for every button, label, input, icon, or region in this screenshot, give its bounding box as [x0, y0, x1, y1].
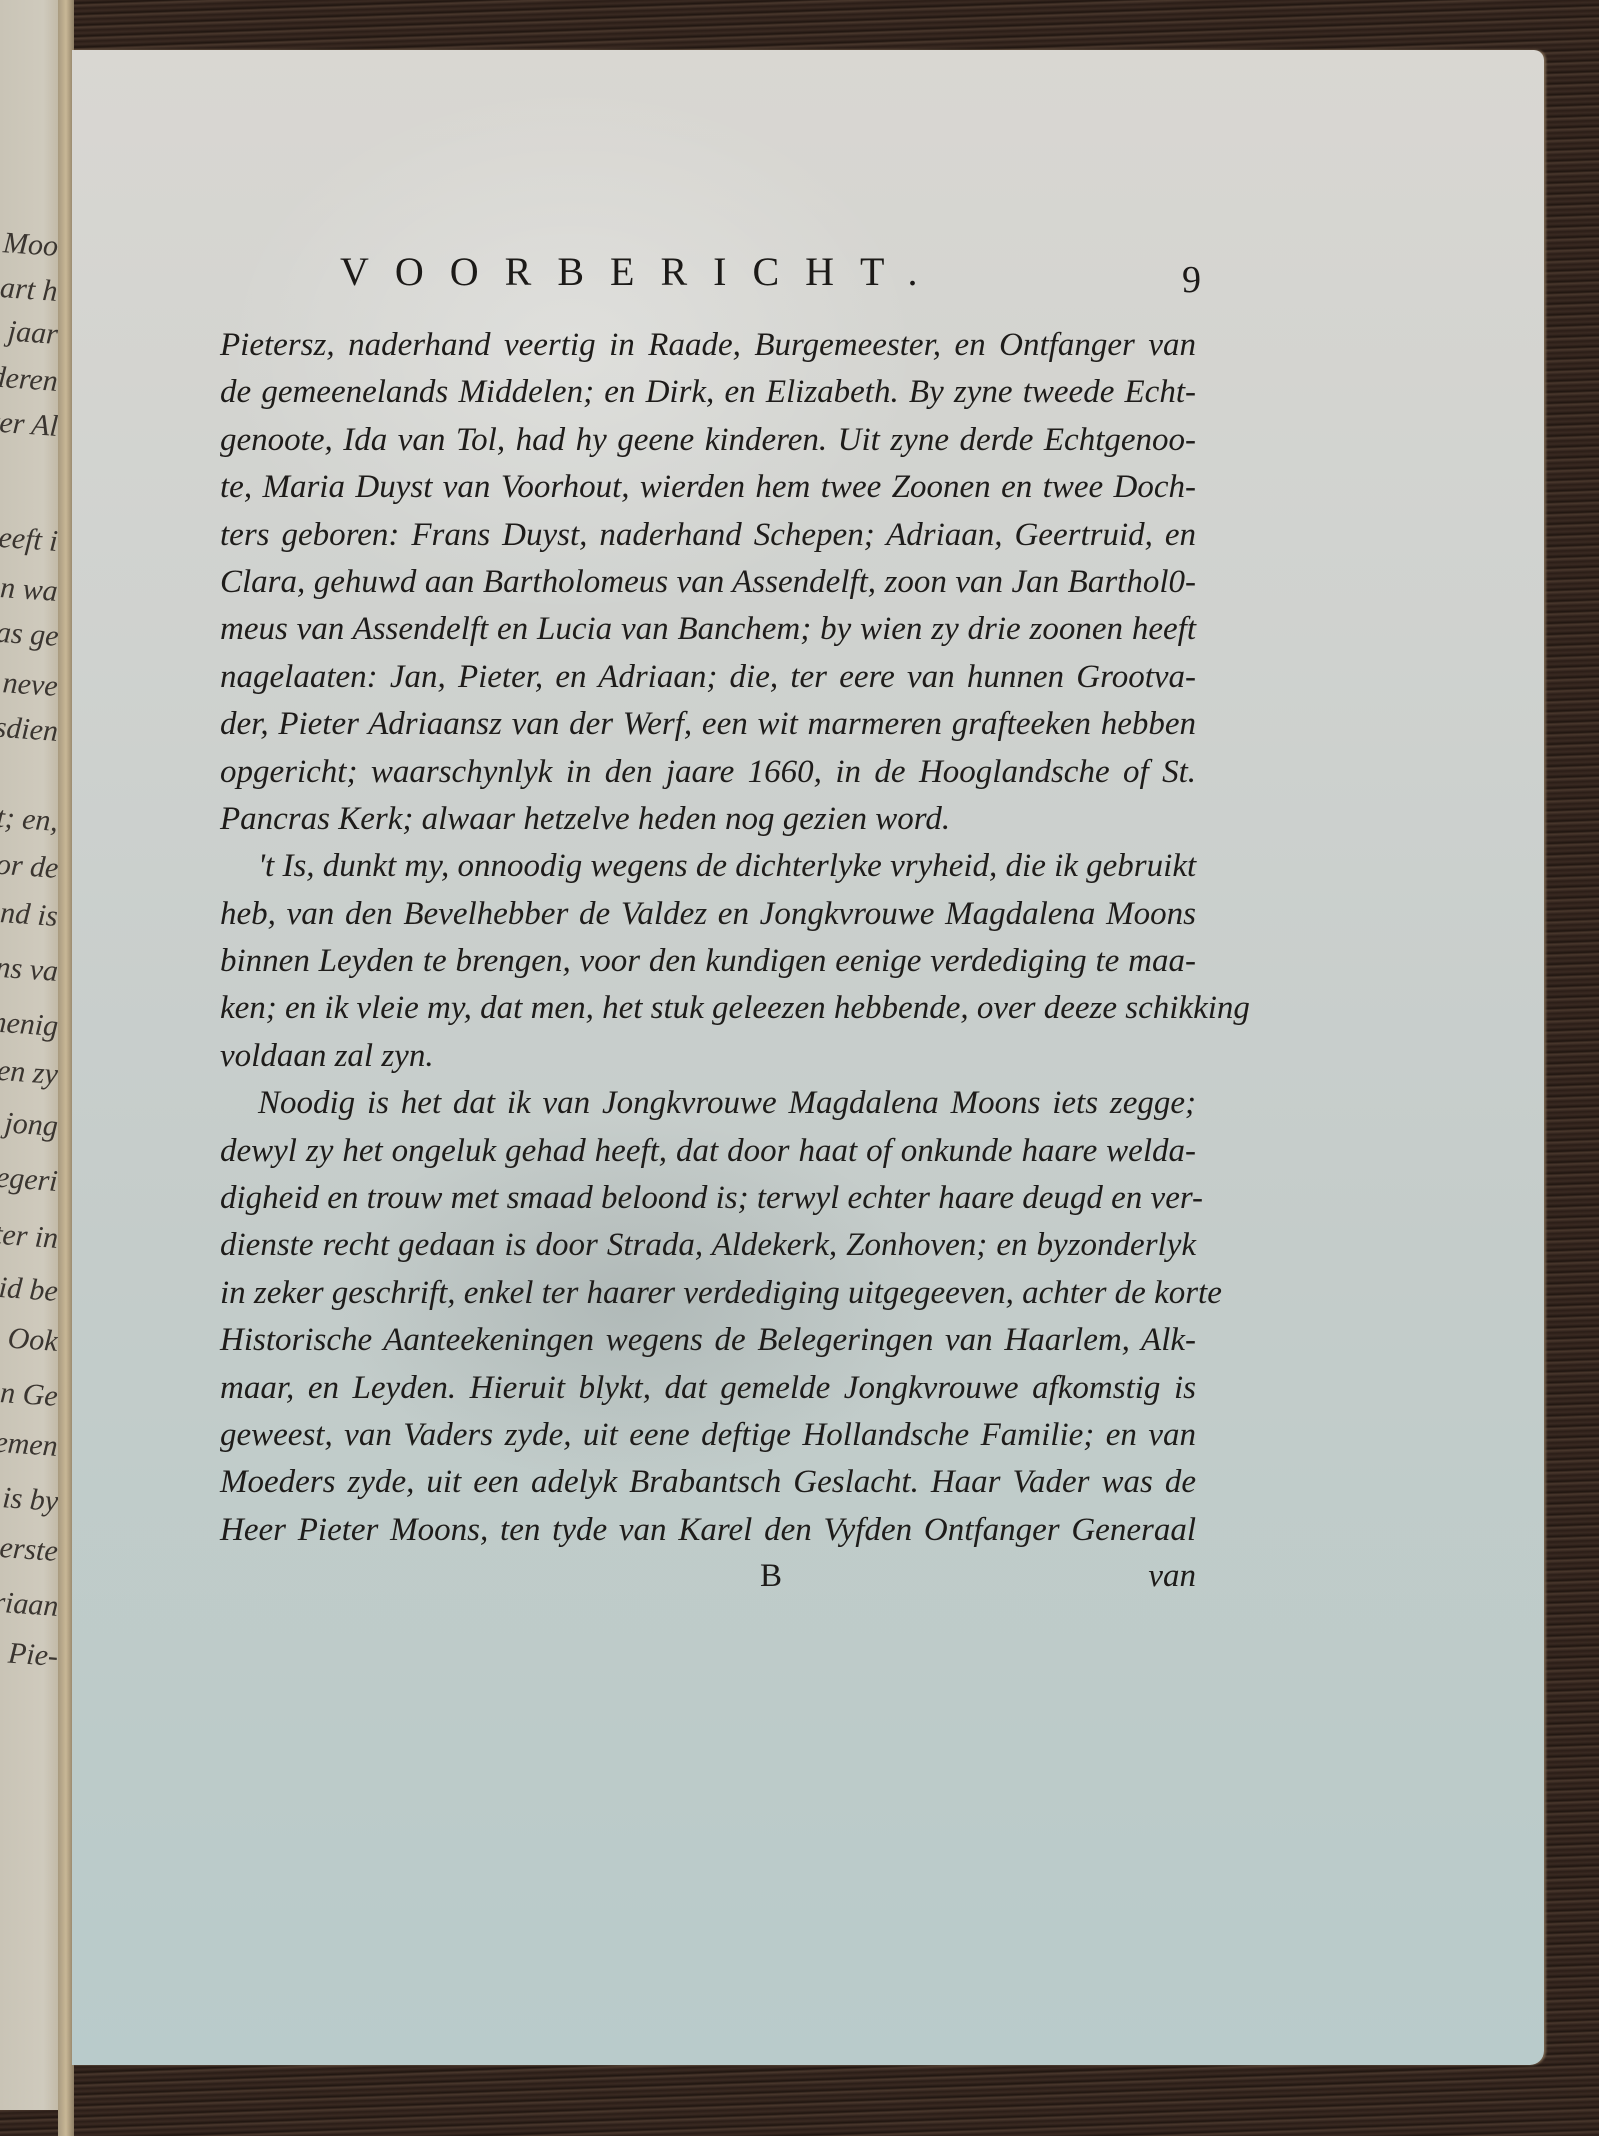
text-line: genoote, Ida van Tol, had hy geene kinde… [220, 417, 1196, 464]
text-line: binnen Leyden te brengen, voor den kundi… [220, 938, 1196, 985]
left-page-text-fragment: yne eerste [0, 1527, 59, 1569]
left-page-text-fragment: r Kinderen [0, 356, 59, 399]
text-line: te, Maria Duyst van Voorhout, wierden he… [220, 464, 1196, 511]
text-line: Pietersz, naderhand veertig in Raade, Bu… [220, 322, 1196, 369]
left-page-text-fragment: meester in [0, 1213, 59, 1256]
left-page-text-fragment: hy, neve [0, 663, 59, 704]
page-number: 9 [1182, 258, 1201, 302]
left-page-text-fragment: zeer jong [0, 1102, 59, 1144]
page-footer: B van [220, 1558, 1196, 1605]
left-page-text-fragment: n heeft i [0, 518, 59, 559]
left-page-text-fragment: neemen [0, 1424, 59, 1464]
text-line: Pancras Kerk; alwaar hetzelve heden nog … [220, 796, 1196, 843]
left-page-text-fragment: rhand is [0, 893, 59, 934]
left-page-text-fragment: den jaar [0, 311, 59, 352]
left-page-text-fragment: Pieter Al [0, 403, 59, 444]
text-line: maar, en Leyden. Hieruit blykt, dat geme… [220, 1365, 1196, 1412]
left-page-text-fragment: Godsdien [0, 707, 59, 749]
text-line: nagelaaten: Jan, Pieter, en Adriaan; die… [220, 654, 1196, 701]
text-line: geweest, van Vaders zyde, uit eene defti… [220, 1412, 1196, 1459]
text-line: meus van Assendelft en Lucia van Banchem… [220, 606, 1196, 653]
text-line: digheid en trouw met smaad beloond is; t… [220, 1175, 1196, 1222]
text-line: ken; en ik vleie my, dat men, het stuk g… [220, 985, 1196, 1032]
left-page-text-fragment: en menig [0, 1002, 59, 1044]
left-page-text-fragment: eest. Ook [0, 1317, 59, 1359]
text-line: der, Pieter Adriaansz van der Werf, een … [220, 701, 1196, 748]
left-page: rens Mooerwaart hden jaarr KinderenPiete… [0, 0, 62, 2110]
left-page-text-fragment: ars door de [0, 842, 59, 886]
text-line: in zeker geschrift, enkel ter haarer ver… [220, 1270, 1196, 1317]
text-line: heb, van den Bevelhebber de Valdez en Jo… [220, 891, 1196, 938]
text-line: de gemeenelands Middelen; en Dirk, en El… [220, 369, 1196, 416]
left-page-text-fragment: rens Moo [0, 222, 59, 264]
right-page: VOORBERICHT. 9 Pietersz, naderhand veert… [72, 50, 1544, 2065]
left-page-text-fragment: Pie- [7, 1637, 59, 1674]
running-head: VOORBERICHT. [340, 248, 943, 295]
text-line: voldaan zal zyn. [220, 1033, 1196, 1080]
text-line: dienste recht gedaan is door Strada, Ald… [220, 1222, 1196, 1269]
text-line: opgericht; waarschynlyk in den jaare 166… [220, 749, 1196, 796]
text-line: Clara, gehuwd aan Bartholomeus van Assen… [220, 559, 1196, 606]
left-page-text-fragment: Adriaan [0, 1583, 59, 1624]
left-page-text-fragment: was ge [0, 614, 59, 654]
left-page-text-fragment: en van wa [0, 567, 59, 609]
text-line: 't Is, dunkt my, onnoodig wegens de dich… [220, 843, 1196, 890]
left-page-text-fragment: n, en zy [0, 1052, 59, 1092]
catchword: van [1148, 1558, 1196, 1595]
text-line: Historische Aanteekeningen wegens de Bel… [220, 1317, 1196, 1364]
left-page-text-fragment: cht; en, [0, 799, 59, 839]
left-page-text-fragment: erwaart h [0, 267, 59, 309]
body-text: Pietersz, naderhand veertig in Raade, Bu… [220, 322, 1196, 1554]
text-line: Noodig is het dat ik van Jongkvrouwe Mag… [220, 1080, 1196, 1127]
text-line: Heer Pieter Moons, ten tyde van Karel de… [220, 1507, 1196, 1554]
left-page-text-fragment: Belegeri [0, 1158, 59, 1199]
signature-mark: B [760, 1558, 782, 1595]
left-page-text-fragment: de, is by [0, 1478, 59, 1519]
text-line: dewyl zy het ongeluk gehad heeft, dat do… [220, 1128, 1196, 1175]
left-page-text-fragment: digheid be [0, 1266, 59, 1309]
text-line: ters geboren: Frans Duyst, naderhand Sch… [220, 512, 1196, 559]
left-page-text-fragment: s Prins va [0, 947, 59, 989]
text-line: Moeders zyde, uit een adelyk Brabantsch … [220, 1459, 1196, 1506]
left-page-text-fragment: e van Ge [0, 1373, 59, 1414]
